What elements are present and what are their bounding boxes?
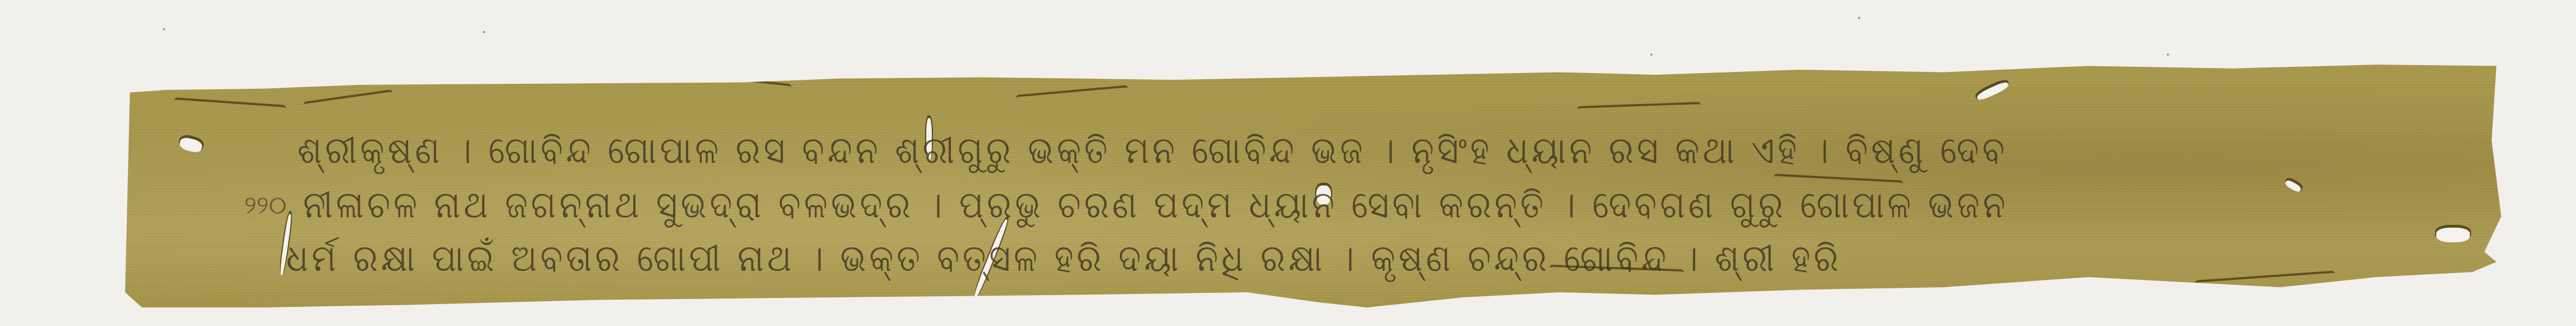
worm-hole — [2436, 228, 2470, 242]
manuscript-line-2: ନୀଳାଚଳ ନାଥ ଜଗନ୍ନାଥ ସୁଭଦ୍ରା ବଳଭଦ୍ର । ପ୍ରଭ… — [303, 183, 2008, 227]
speck — [483, 31, 485, 33]
speck — [1858, 17, 1860, 19]
palm-leaf-folio: ୨୨୦ ଶ୍ରୀକୃଷ୍ଣ । ଗୋବିନ୍ଦ ଗୋପାଳ ରସ ବନ୍ଦନ ଶ… — [118, 65, 2520, 318]
manuscript-line-3: ଧର୍ମ ରକ୍ଷା ପାଇଁ ଅବତାର ଗୋପୀ ନାଥ । ଭକ୍ତ ବତ… — [286, 236, 1842, 280]
manuscript-line-1: ଶ୍ରୀକୃଷ୍ଣ । ଗୋବିନ୍ଦ ଗୋପାଳ ରସ ବନ୍ଦନ ଶ୍ରୀଗ… — [298, 128, 2008, 173]
speck — [1650, 53, 1653, 56]
speck — [163, 28, 165, 30]
speck — [2167, 53, 2169, 56]
folio-number: ୨୨୦ — [244, 191, 287, 220]
